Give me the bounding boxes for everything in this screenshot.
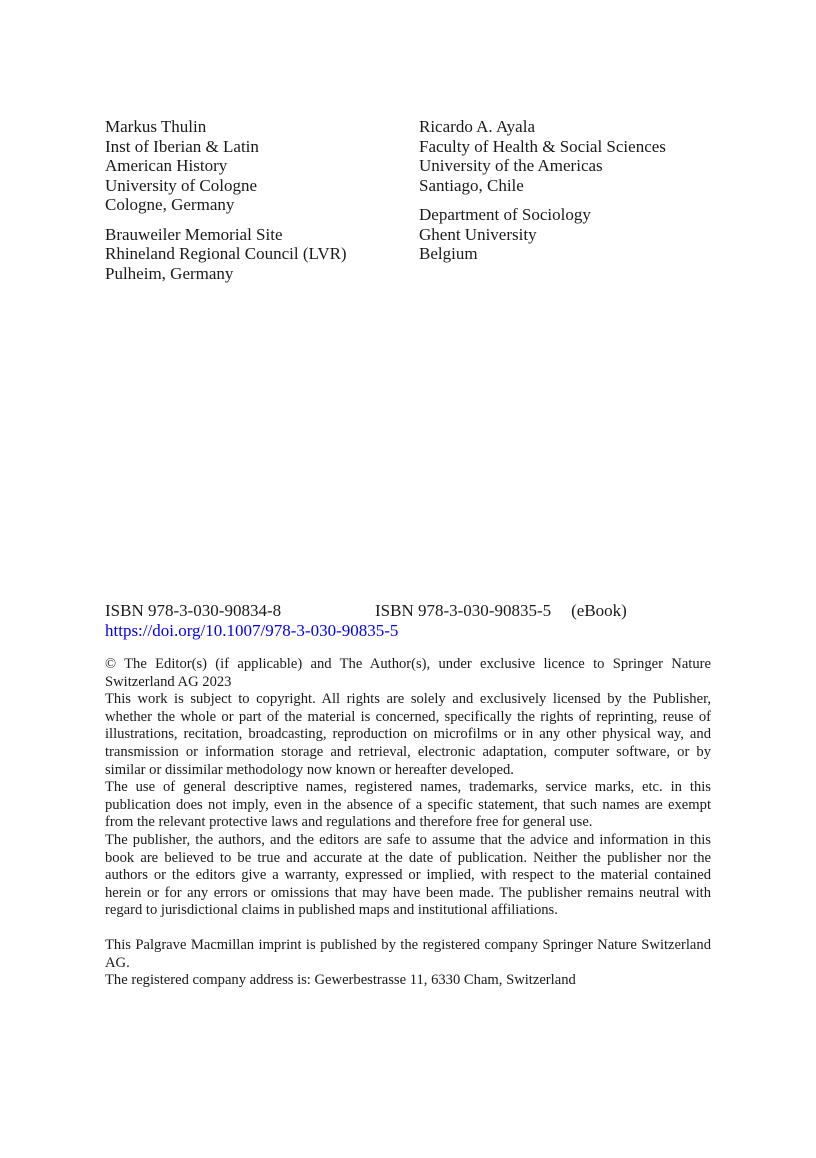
imprint-statement: This Palgrave Macmillan imprint is publi… (105, 937, 711, 972)
affiliation-group: Department of Sociology Ghent University… (419, 205, 666, 264)
names-statement: The use of general descriptive names, re… (105, 779, 711, 832)
address-statement: The registered company address is: Gewer… (105, 972, 711, 990)
affiliation-line: Santiago, Chile (419, 176, 666, 196)
affiliation-line: American History (105, 156, 347, 176)
isbn-line: ISBN 978-3-030-90834-8ISBN 978-3-030-908… (105, 601, 627, 621)
affiliation-line: Brauweiler Memorial Site (105, 225, 347, 245)
editor-affiliation-right: Ricardo A. Ayala Faculty of Health & Soc… (419, 117, 666, 274)
editor-name: Ricardo A. Ayala (419, 117, 666, 137)
affiliation-line: Cologne, Germany (105, 195, 347, 215)
affiliation-line: Department of Sociology (419, 205, 666, 225)
copyright-statement: © The Editor(s) (if applicable) and The … (105, 656, 711, 691)
affiliation-group: Markus Thulin Inst of Iberian & Latin Am… (105, 117, 347, 215)
affiliation-line: University of Cologne (105, 176, 347, 196)
isbn-ebook: ISBN 978-3-030-90835-5 (375, 601, 551, 621)
affiliation-line: Faculty of Health & Social Sciences (419, 137, 666, 157)
editor-affiliation-left: Markus Thulin Inst of Iberian & Latin Am… (105, 117, 347, 293)
affiliation-line: University of the Americas (419, 156, 666, 176)
affiliation-group: Brauweiler Memorial Site Rhineland Regio… (105, 225, 347, 284)
affiliation-line: Rhineland Regional Council (LVR) (105, 244, 347, 264)
isbn-block: ISBN 978-3-030-90834-8ISBN 978-3-030-908… (105, 601, 627, 640)
editor-name: Markus Thulin (105, 117, 347, 137)
affiliation-line: Ghent University (419, 225, 666, 245)
copyright-page: Markus Thulin Inst of Iberian & Latin Am… (0, 0, 816, 1158)
legal-notice: © The Editor(s) (if applicable) and The … (105, 656, 711, 990)
spacer (105, 920, 711, 937)
isbn-print: ISBN 978-3-030-90834-8 (105, 601, 375, 621)
disclaimer-statement: The publisher, the authors, and the edit… (105, 832, 711, 920)
affiliation-line: Inst of Iberian & Latin (105, 137, 347, 157)
affiliation-group: Ricardo A. Ayala Faculty of Health & Soc… (419, 117, 666, 195)
rights-statement: This work is subject to copyright. All r… (105, 691, 711, 779)
doi-link[interactable]: https://doi.org/10.1007/978-3-030-90835-… (105, 621, 398, 640)
affiliation-line: Belgium (419, 244, 666, 264)
isbn-ebook-label: (eBook) (571, 601, 627, 621)
affiliation-line: Pulheim, Germany (105, 264, 347, 284)
